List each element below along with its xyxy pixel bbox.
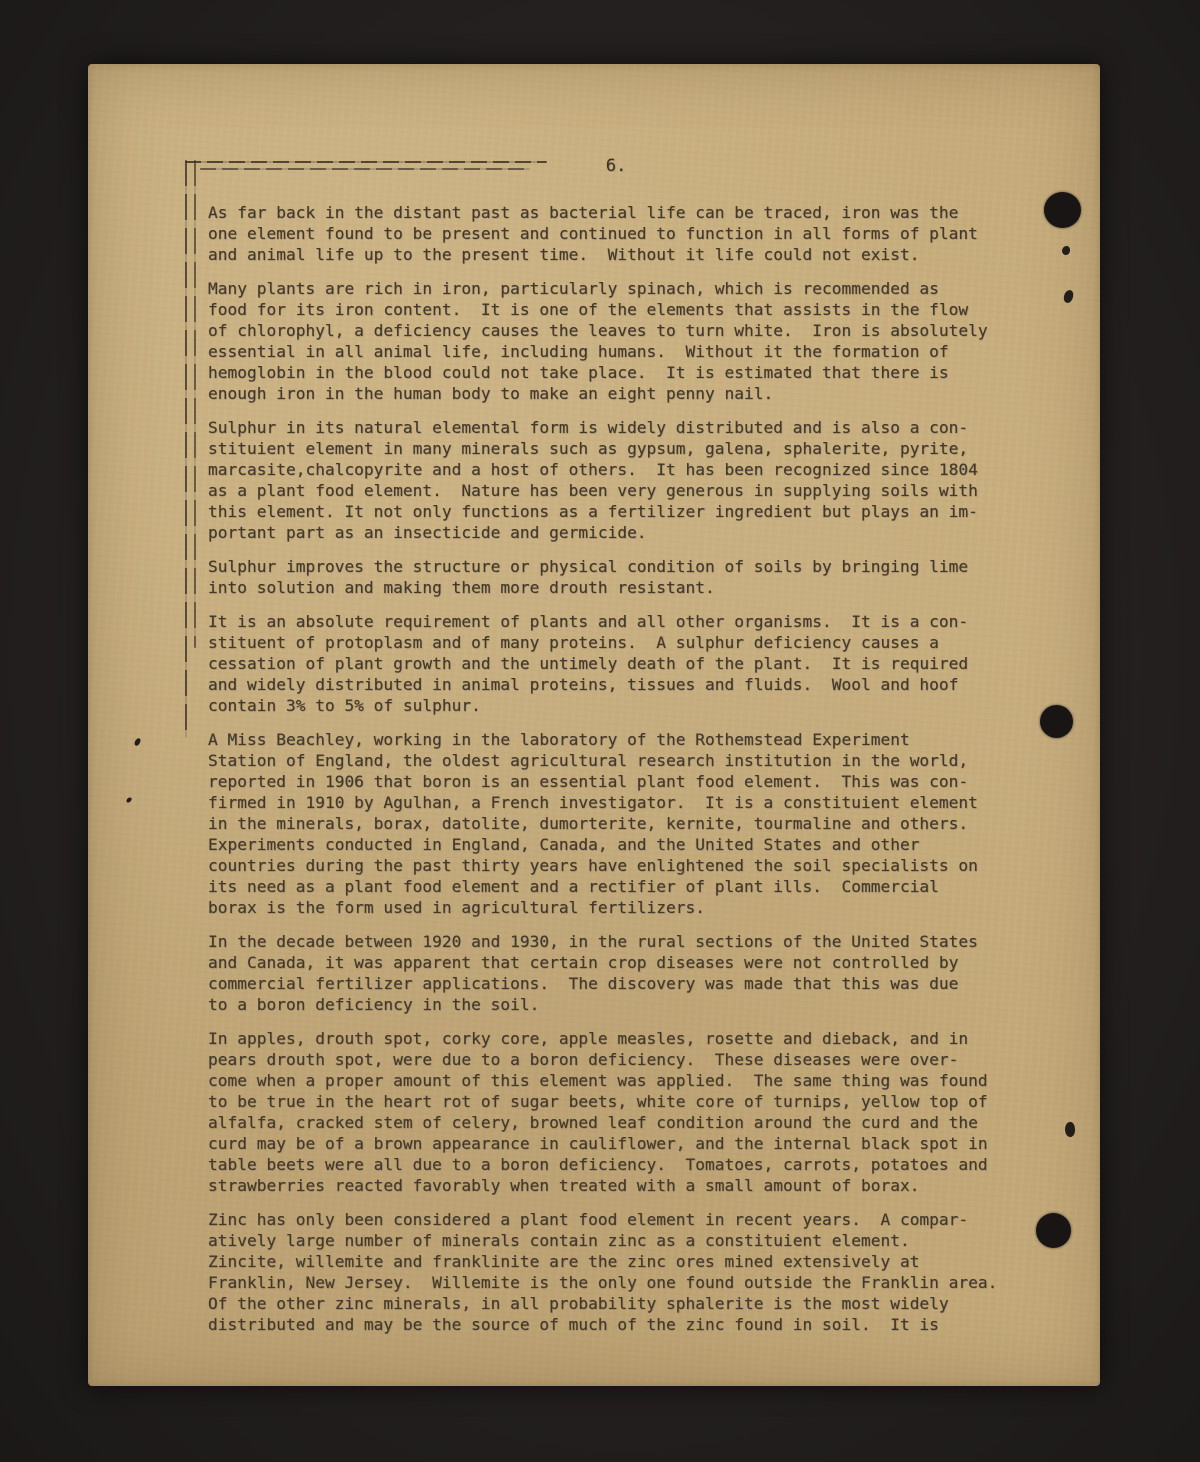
scan-background: 6. As far back in the distant past as ba… [0, 0, 1200, 1462]
paragraph-iron-plants: Many plants are rich in iron, particular… [208, 278, 1030, 404]
paragraph-sulphur-organisms: It is an absolute requirement of plants … [208, 611, 1030, 716]
paragraph-boron-decade: In the decade between 1920 and 1930, in … [208, 931, 1030, 1015]
paragraph-boron-discovery: A Miss Beachley, working in the laborato… [208, 729, 1030, 918]
ruled-line-left-inner [194, 160, 196, 648]
paragraph-boron-diseases: In apples, drouth spot, corky core, appl… [208, 1028, 1030, 1196]
paragraph-sulphur-minerals: Sulphur in its natural elemental form is… [208, 417, 1030, 543]
punch-hole-middle [1040, 705, 1073, 738]
ink-speck-left-2 [126, 796, 133, 803]
punch-hole-top [1044, 192, 1081, 228]
text-column: As far back in the distant past as bacte… [208, 202, 1030, 1348]
ink-speck-left-1 [134, 737, 142, 746]
punch-hole-bottom [1036, 1213, 1071, 1248]
ink-speck-right-3 [1064, 1122, 1076, 1138]
page-number: 6. [208, 156, 1024, 176]
paragraph-sulphur-soils: Sulphur improves the structure or physic… [208, 556, 1030, 598]
paragraph-zinc: Zinc has only been considered a plant fo… [208, 1209, 1030, 1335]
document-page: 6. As far back in the distant past as ba… [88, 64, 1100, 1386]
ruled-line-left-outer [185, 160, 187, 738]
ink-speck-right-1 [1062, 246, 1070, 255]
paragraph-iron-intro: As far back in the distant past as bacte… [208, 202, 1030, 265]
ink-speck-right-2 [1063, 289, 1075, 304]
